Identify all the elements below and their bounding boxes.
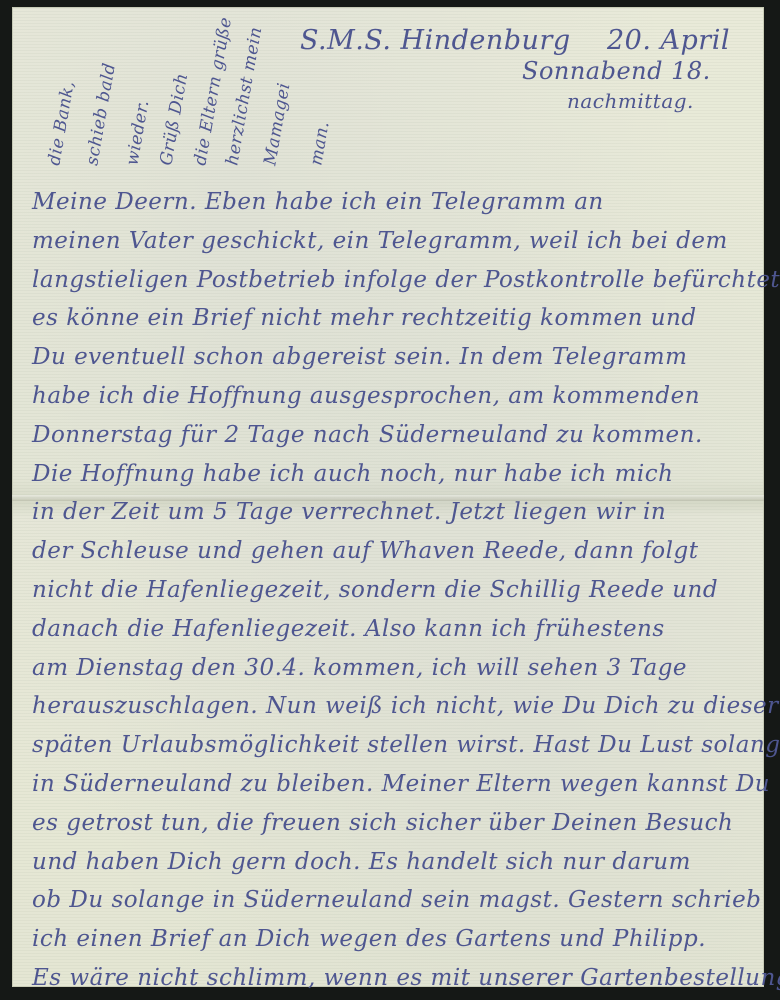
body-line: am Dienstag den 30.4. kommen, ich will s…	[32, 649, 772, 688]
body-line: danach die Hafenliegezeit. Also kann ich…	[32, 610, 772, 649]
margin-note-line: schieb bald	[82, 61, 120, 167]
body-line: ich einen Brief an Dich wegen des Garten…	[32, 920, 772, 959]
body-line: und haben Dich gern doch. Es handelt sic…	[32, 843, 772, 882]
body-line: Donnerstag für 2 Tage nach Süderneuland …	[32, 416, 772, 455]
body-line: nicht die Hafenliegezeit, sondern die Sc…	[32, 571, 772, 610]
margin-note-line: wieder.	[122, 98, 153, 167]
body-line: in Süderneuland zu bleiben. Meiner Elter…	[32, 765, 772, 804]
margin-note-line: Grüß Dich	[156, 71, 192, 167]
header-time: nachmittag.	[567, 89, 694, 113]
letter-header-place-date: S.M.S. Hindenburg 20. April	[300, 25, 730, 56]
body-line: es getrost tun, die freuen sich sicher ü…	[32, 804, 772, 843]
body-line: Die Hoffnung habe ich auch noch, nur hab…	[32, 455, 772, 494]
body-line: meinen Vater geschickt, ein Telegramm, w…	[32, 222, 772, 261]
header-date: 20. April	[607, 25, 730, 56]
body-line: späten Urlaubsmöglichkeit stellen wirst.…	[32, 726, 772, 765]
body-line: habe ich die Hoffnung ausgesprochen, am …	[32, 377, 772, 416]
body-line: Meine Deern. Eben habe ich ein Telegramm…	[32, 183, 772, 222]
margin-note-rotated: die Bank, schieb bald wieder. Grüß Dich …	[34, 17, 364, 167]
body-line: langstieligen Postbetrieb infolge der Po…	[32, 261, 772, 300]
body-line: es könne ein Brief nicht mehr rechtzeiti…	[32, 299, 772, 338]
letter-body: Meine Deern. Eben habe ich ein Telegramm…	[32, 183, 772, 998]
letter-page: S.M.S. Hindenburg 20. April Sonnabend 18…	[12, 7, 764, 987]
header-day: Sonnabend 18.	[522, 57, 711, 85]
body-line: ob Du solange in Süderneuland sein magst…	[32, 881, 772, 920]
margin-note-line: die Bank,	[44, 79, 79, 167]
body-line: Du eventuell schon abgereist sein. In de…	[32, 338, 772, 377]
margin-note-line: man.	[306, 120, 333, 167]
body-line: herauszuschlagen. Nun weiß ich nicht, wi…	[32, 687, 772, 726]
body-line: Es wäre nicht schlimm, wenn es mit unser…	[32, 959, 772, 998]
body-line: der Schleuse und gehen auf Whaven Reede,…	[32, 532, 772, 571]
body-line: in der Zeit um 5 Tage verrechnet. Jetzt …	[32, 493, 772, 532]
margin-note-line: Mamagei	[260, 81, 294, 167]
